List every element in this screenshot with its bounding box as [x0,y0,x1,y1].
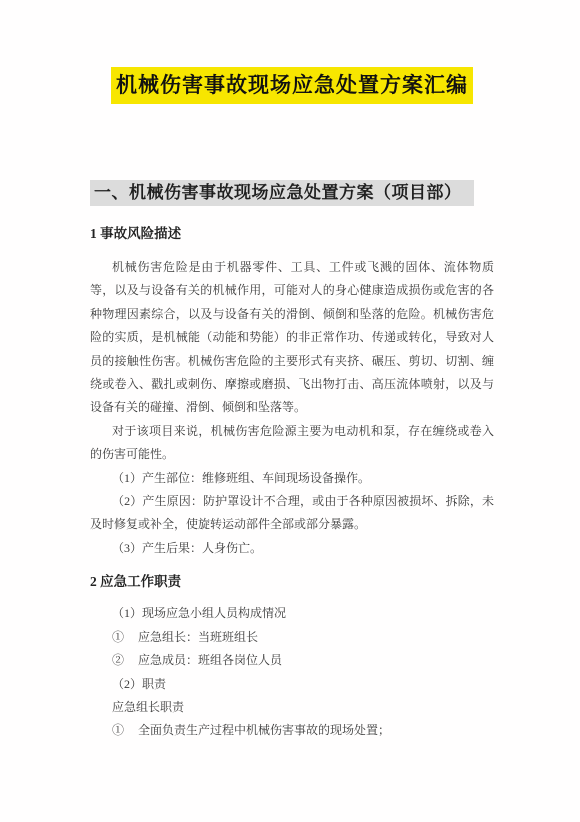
duty-member-crew-text: 应急成员：班组各岗位人员 [138,653,282,667]
section-heading-row: 一、机械伤害事故现场应急处置方案（项目部） [90,180,494,206]
risk-section-body: 机械伤害危险是由于机器零件、工具、工件或飞溅的固体、流体物质等，以及与设备有关的… [90,256,494,560]
risk-paragraph-2: 对于该项目来说，机械伤害危险源主要为电动机和泵，存在缠绕或卷入的伤害可能性。 [90,420,494,467]
risk-list-item-consequence: （3）产生后果：人身伤亡。 [90,537,494,560]
subsection-heading-risk: 1 事故风险描述 [90,226,494,242]
duty-member-crew: ②应急成员：班组各岗位人员 [90,649,494,672]
document-page: 机械伤害事故现场应急处置方案汇编 一、机械伤害事故现场应急处置方案（项目部） 1… [0,0,580,822]
document-title: 机械伤害事故现场应急处置方案汇编 [111,67,473,104]
risk-list-item-cause: （2）产生原因：防护罩设计不合理，或由于各种原因被损坏、拆除，未及时修复或补全，… [90,490,494,537]
circled-number-1-icon: ① [112,719,124,742]
duty-member-leader-text: 应急组长：当班班组长 [138,630,258,644]
section-heading: 一、机械伤害事故现场应急处置方案（项目部） [90,180,474,206]
duty-section-body: （1）现场应急小组人员构成情况 ①应急组长：当班班组长 ②应急成员：班组各岗位人… [90,602,494,742]
title-row: 机械伤害事故现场应急处置方案汇编 [90,67,494,104]
leader-duty-item-text: 全面负责生产过程中机械伤害事故的现场处置； [138,723,390,737]
leader-duty-title: 应急组长职责 [90,696,494,719]
leader-duty-item: ①全面负责生产过程中机械伤害事故的现场处置； [90,719,494,742]
subsection-heading-duty: 2 应急工作职责 [90,574,494,590]
duty-group-line: （1）现场应急小组人员构成情况 [90,602,494,625]
circled-number-2-icon: ② [112,649,124,672]
risk-list-item-location: （1）产生部位：维修班组、车间现场设备操作。 [90,467,494,490]
duty-member-leader: ①应急组长：当班班组长 [90,626,494,649]
risk-paragraph-1: 机械伤害危险是由于机器零件、工具、工件或飞溅的固体、流体物质等，以及与设备有关的… [90,256,494,420]
duty-line: （2）职责 [90,673,494,696]
circled-number-1-icon: ① [112,626,124,649]
